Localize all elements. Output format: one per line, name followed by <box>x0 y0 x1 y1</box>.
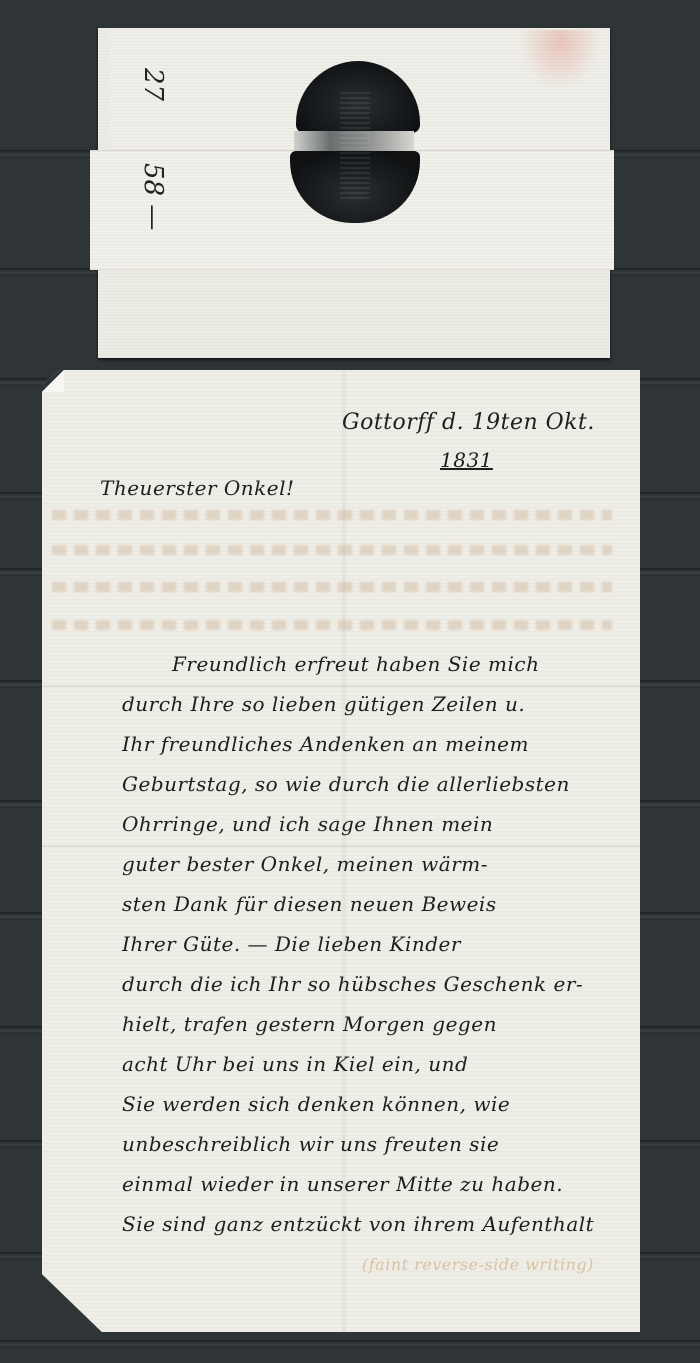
bleed-through <box>52 510 612 520</box>
body-line: Ihrer Güte. — Die lieben Kinder <box>122 932 461 956</box>
docket-number-top: 27 <box>138 68 168 101</box>
letter-sheet: Gottorff d. 19ten Okt. 1831 Theuerster O… <box>42 370 640 1332</box>
bleed-through <box>52 620 612 630</box>
wax-seal-icon <box>290 61 420 221</box>
body-line: einmal wieder in unserer Mitte zu haben. <box>122 1172 563 1196</box>
year: 1831 <box>440 448 493 472</box>
body-line: hielt, trafen gestern Morgen gegen <box>122 1012 497 1036</box>
body-line: guter bester Onkel, meinen wärm- <box>122 852 488 876</box>
body-line: sten Dank für diesen neuen Beweis <box>122 892 497 916</box>
fold-line <box>42 685 640 687</box>
bleed-through <box>52 582 612 592</box>
crest-icon <box>340 89 370 199</box>
letter-cover: 27 58 — <box>98 28 610 358</box>
body-line: Freundlich erfreut haben Sie mich <box>172 652 539 676</box>
salutation: Theuerster Onkel! <box>100 476 295 500</box>
body-line: durch die ich Ihr so hübsches Geschenk e… <box>122 972 583 996</box>
body-line: Sie sind ganz entzückt von ihrem Aufenth… <box>122 1212 594 1236</box>
body-line: acht Uhr bei uns in Kiel ein, und <box>122 1052 468 1076</box>
dateline: Gottorff d. 19ten Okt. <box>342 410 595 435</box>
body-line: durch Ihre so lieben gütigen Zeilen u. <box>122 692 525 716</box>
body-line: Ihr freundliches Andenken an meinem <box>122 732 529 756</box>
bleed-through <box>52 545 612 555</box>
album-strip <box>0 1340 700 1348</box>
docket-number-bottom: 58 — <box>138 163 168 230</box>
body-line: Geburtstag, so wie durch die allerliebst… <box>122 772 570 796</box>
body-line: Sie werden sich denken können, wie <box>122 1092 510 1116</box>
red-postmark-trace <box>520 30 600 90</box>
bleed-through-footer: (faint reverse-side writing) <box>362 1255 594 1274</box>
body-line: unbeschreiblich wir uns freuten sie <box>122 1132 499 1156</box>
fold-line <box>42 845 640 847</box>
body-line: Ohrringe, und ich sage Ihnen mein <box>122 812 493 836</box>
